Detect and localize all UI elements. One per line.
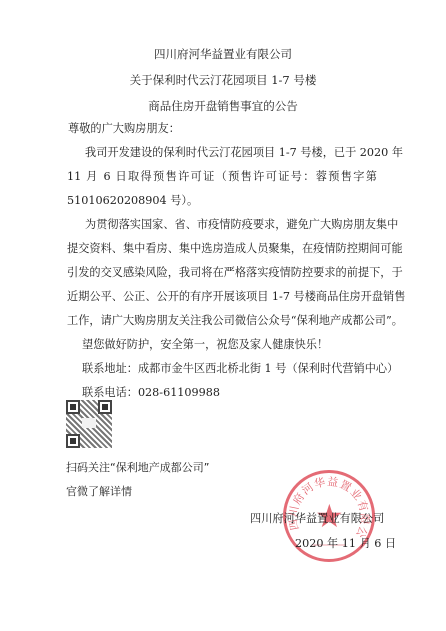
paragraph2-line2: 提交资料、集中看房、集中选房造成人员聚集，在疫情防控期间可能 [67, 242, 403, 256]
title-company: 四川府河华益置业有限公司 [0, 47, 446, 61]
signature-date: 2020 年 11 月 6 日 [295, 537, 396, 551]
wishes-text: 望您做好防护，安全第一，祝您及家人健康快乐！ [82, 338, 328, 352]
paragraph2-line5: 工作，请广大购房朋友关注我公司微信公众号“保利地产成都公司”。 [67, 314, 403, 328]
paragraph1-line1: 我司开发建设的保利时代云汀花园项目 1-7 号楼，已于 2020 年 [85, 146, 403, 160]
paragraph1-line3: 51010620208904 号）。 [67, 194, 198, 208]
qr-caption-follow: 扫码关注“保利地产成都公司” [66, 461, 209, 475]
paragraph2-line3: 引发的交叉感染风险，我司将在严格落实疫情防控要求的前提下，于 [67, 266, 403, 280]
qr-finder-icon [70, 404, 76, 410]
qr-logo-icon [82, 418, 96, 428]
contact-address: 联系地址：成都市金牛区西北桥北街 1 号（保利时代营销中心） [82, 362, 398, 376]
title-project: 关于保利时代云汀花园项目 1-7 号楼 [0, 73, 446, 87]
title-subject: 商品住房开盘销售事宜的公告 [0, 99, 446, 113]
signature-company: 四川府河华益置业有限公司 [250, 512, 384, 526]
salutation: 尊敬的广大购房朋友： [68, 122, 180, 136]
paragraph1-line2: 11 月 6 日取得预售许可证（预售许可证号：蓉预售字第 [67, 170, 377, 184]
qr-caption-details: 官微了解详情 [66, 485, 132, 499]
contact-phone: 联系电话：028-61109988 [82, 386, 220, 400]
paragraph2-line1: 为贯彻落实国家、省、市疫情防疫要求，避免广大购房朋友集中 [85, 218, 398, 232]
wechat-qr-code[interactable] [66, 400, 112, 448]
qr-finder-icon [70, 438, 76, 444]
paragraph2-line4: 近期公平、公正、公开的有序开展该项目 1-7 号楼商品住房开盘销售 [67, 290, 405, 304]
qr-finder-icon [102, 404, 108, 410]
